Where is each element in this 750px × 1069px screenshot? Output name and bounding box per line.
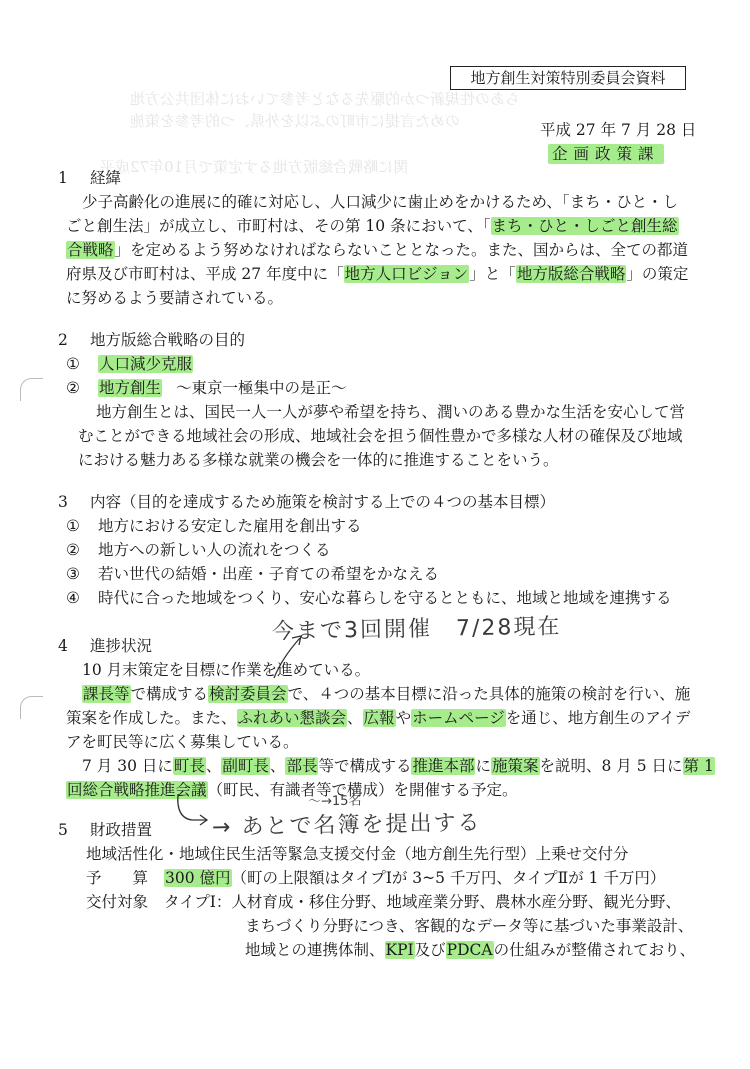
- highlighted-term: 地方人口ビジョン: [344, 265, 470, 283]
- section-1-heading: 1経緯: [58, 166, 121, 188]
- highlighted-term: 町長: [173, 757, 206, 775]
- basic-goal-item: ③若い世代の結婚・出産・子育ての希望をかなえる: [66, 562, 439, 584]
- paragraph-line: に努めるよう要請されている。: [66, 286, 283, 308]
- highlighted-term: 部長: [285, 757, 318, 775]
- paragraph-line: むことができる地域社会の形成、地域社会を担う個性豊かで多様な人材の確保及び地域: [78, 424, 683, 446]
- section-2-heading: 2地方版総合戦略の目的: [58, 328, 245, 350]
- basic-goal-item: ④時代に合った地域をつくり、安心な暮らしを守るとともに、地域と地域を連携する: [66, 586, 672, 608]
- bleed-through-text: のめた言提に市町のぶ以を外県、つ的考参を策施: [130, 110, 460, 131]
- highlighted-term: 地方創生: [98, 379, 162, 397]
- handwritten-note-count: ～→15名: [308, 790, 362, 810]
- paragraph-line: 地方創生とは、国民一人一人が夢や希望を持ち、潤いのある豊かな生活を安心して営: [96, 400, 685, 422]
- paragraph-line: 回総合戦略推進会議（町民、有識者等で構成）を開催する予定。: [66, 778, 518, 800]
- section-3-heading: 3内容（目的を達成するため施策を検討する上での４つの基本目標）: [58, 490, 555, 512]
- goal-item: ①人口減少克服: [66, 352, 193, 374]
- paragraph-line: 府県及び市町村は、平成 27 年度中に「地方人口ビジョン」と「地方版総合戦略」の…: [66, 262, 688, 284]
- paragraph-line: 策案を作成した。また、ふれあい懇談会、広報やホームページを通じ、地方創生のアイデ: [66, 706, 690, 728]
- highlighted-term: PDCA: [446, 941, 494, 959]
- highlighted-term: 地方版総合戦略: [516, 265, 627, 283]
- section-4-heading: 4進捗状況: [58, 634, 152, 656]
- highlighted-term: まち・ひと・しごと創生総: [491, 217, 679, 235]
- department-name: 企画政策課: [548, 142, 664, 164]
- section-5-heading: 5財政措置: [58, 818, 152, 840]
- highlighted-term: 施策案: [491, 757, 540, 775]
- document-page: らあの性規新つか的駆先るなと考参ていおに体団共公方地 のめた言提に市町のぶ以を外…: [0, 0, 750, 1069]
- subsidy-name: 地域活性化・地域住民生活等緊急支援交付金（地方創生先行型）上乗せ交付分: [86, 842, 629, 864]
- basic-goal-item: ①地方における安定した雇用を創出する: [66, 514, 362, 536]
- target-row: 交付対象タイプⅠ：人材育成・移住分野、地域産業分野、農林水産分野、観光分野、: [86, 890, 681, 912]
- highlighted-term: 推進本部: [411, 757, 475, 775]
- paragraph-line: 合戦略」を定めるよう努めなければならないこととなった。また、国からは、全ての都道: [66, 238, 688, 260]
- paragraph-line: アを町民等に広く募集している。: [66, 730, 299, 752]
- bleed-through-text: 関に略戦合総版方地るす定策で月10年72成平: [100, 156, 408, 177]
- section-title: 経緯: [90, 169, 121, 187]
- handwritten-hook-arrow-icon: [172, 792, 212, 832]
- document-title-box: 地方創生対策特別委員会資料: [450, 66, 686, 90]
- paragraph-line: 地域との連携体制、KPI及びPDCAの仕組みが整備されており、: [245, 938, 695, 960]
- paragraph-line: における魅力ある多様な就業の機会を一体的に推進することをいう。: [78, 448, 559, 470]
- highlighted-term: 検討委員会: [208, 685, 288, 703]
- highlighted-term: KPI: [385, 941, 415, 959]
- paragraph-line: ごと創生法」が成立し、市町村は、その第 10 条において、「まち・ひと・しごと創…: [66, 214, 679, 236]
- basic-goal-item: ②地方への新しい人の流れをつくる: [66, 538, 331, 560]
- section-number: 1: [58, 169, 90, 187]
- goal-item: ②地方創生～東京一極集中の是正～: [66, 376, 347, 398]
- highlighted-term: 広報: [363, 709, 396, 727]
- paragraph-line: 課長等で構成する検討委員会で、４つの基本目標に沿った具体的施策の検討を行い、施: [82, 682, 690, 704]
- highlighted-term: 合戦略: [66, 241, 115, 259]
- document-date: 平成 27 年 7 月 28 日: [540, 118, 696, 140]
- budget-row: 予 算300 億円（町の上限額はタイプⅠが 3~5 千万円、タイプⅡが 1 千万…: [86, 866, 665, 888]
- bleed-through-text: らあの性規新つか的駆先るなと考参ていおに体団共公方地: [130, 88, 520, 109]
- highlighted-term: 副町長: [221, 757, 270, 775]
- highlighted-term: 第 1: [683, 757, 715, 775]
- paragraph-line: 7 月 30 日に町長、副町長、部長等で構成する推進本部に施策案を説明、8 月 …: [82, 754, 715, 776]
- highlighted-term: ホームページ: [411, 709, 506, 727]
- punch-hole-mark: [20, 696, 43, 719]
- paragraph-line: 少子高齢化の進展に的確に対応し、人口減少に歯止めをかけるため、「まち・ひと・し: [82, 190, 678, 212]
- highlighted-term: 課長等: [82, 685, 131, 703]
- punch-hole-mark: [20, 378, 43, 401]
- department-highlight: 企画政策課: [548, 144, 664, 164]
- paragraph-line: まちづくり分野につき、客観的なデータ等に基づいた事業設計、: [245, 914, 693, 936]
- handwritten-note-meetings: 今まで3回開催 7/28現在: [272, 609, 562, 645]
- handwritten-note-roster: → あとで名簿を提出する: [212, 806, 482, 842]
- budget-amount: 300 億円: [164, 869, 232, 887]
- paragraph-line: 10 月末策定を目標に作業を進めている。: [82, 658, 370, 680]
- highlighted-term: ふれあい懇談会: [237, 709, 348, 727]
- highlighted-term: 人口減少克服: [98, 355, 193, 373]
